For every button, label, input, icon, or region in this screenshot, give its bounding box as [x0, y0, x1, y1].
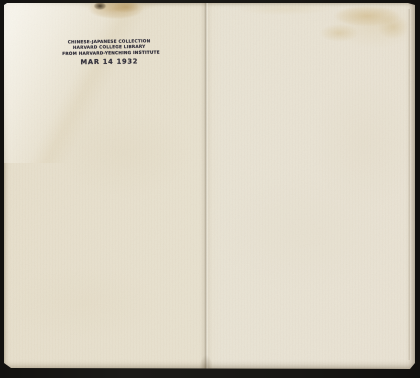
- top-center-stain: [234, 3, 354, 21]
- center-fold: [200, 3, 212, 369]
- book-spread: CHINESE-JAPANESE COLLECTION HARVARD COLL…: [4, 3, 415, 369]
- scanner-background: CHINESE-JAPANESE COLLECTION HARVARD COLL…: [0, 0, 420, 378]
- top-right-corner-stain: [305, 3, 415, 73]
- fold-bottom-shadow: [196, 343, 216, 369]
- stamp-date: MAR 14 1932: [62, 57, 156, 67]
- top-edge-stain: [64, 0, 194, 33]
- faded-corner-stain: [4, 3, 204, 163]
- top-edge-dark-notch: [90, 3, 112, 14]
- library-stamp: CHINESE-JAPANESE COLLECTION HARVARD COLL…: [62, 39, 156, 68]
- right-page-edge-shadow: [408, 9, 411, 360]
- stamp-institute-line: FROM HARVARD-YENCHING INSTITUTE: [62, 50, 156, 57]
- page-right: [205, 3, 415, 369]
